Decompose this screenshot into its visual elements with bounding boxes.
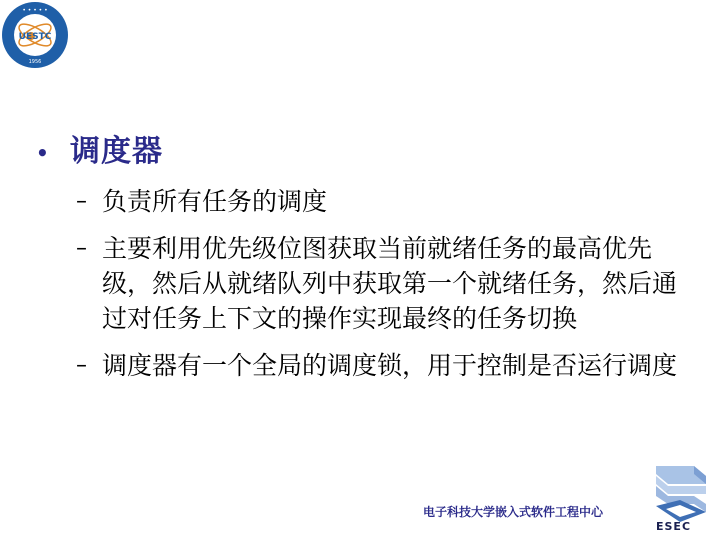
footer-org-text: 电子科技大学嵌入式软件工程中心 [423, 503, 603, 520]
esec-label: ESEC [656, 520, 691, 533]
svg-text:• • • • •: • • • • • [22, 7, 47, 14]
dash-bullet: – [76, 348, 102, 383]
uestc-logo-icon: UESTC 1956 • • • • • [1, 1, 69, 69]
list-item-text: 主要利用优先级位图获取当前就绪任务的最高优先级，然后从就绪队列中获取第一个就绪任… [102, 231, 696, 336]
bullet-list: – 负责所有任务的调度 – 主要利用优先级位图获取当前就绪任务的最高优先级，然后… [76, 184, 696, 395]
svg-text:1956: 1956 [29, 59, 42, 65]
list-item: – 负责所有任务的调度 [76, 184, 696, 219]
list-item-text: 负责所有任务的调度 [102, 184, 696, 219]
title-text: 调度器 [70, 134, 163, 170]
svg-text:UESTC: UESTC [19, 32, 52, 42]
list-item-text: 调度器有一个全局的调度锁，用于控制是否运行调度 [102, 348, 696, 383]
title-bullet: • [36, 143, 70, 163]
dash-bullet: – [76, 184, 102, 219]
dash-bullet: – [76, 231, 102, 336]
list-item: – 主要利用优先级位图获取当前就绪任务的最高优先级，然后从就绪队列中获取第一个就… [76, 231, 696, 336]
slide-title: • 调度器 [36, 134, 163, 170]
slide: UESTC 1956 • • • • • • 调度器 – 负责所有任务的调度 –… [0, 0, 720, 540]
list-item: – 调度器有一个全局的调度锁，用于控制是否运行调度 [76, 348, 696, 383]
